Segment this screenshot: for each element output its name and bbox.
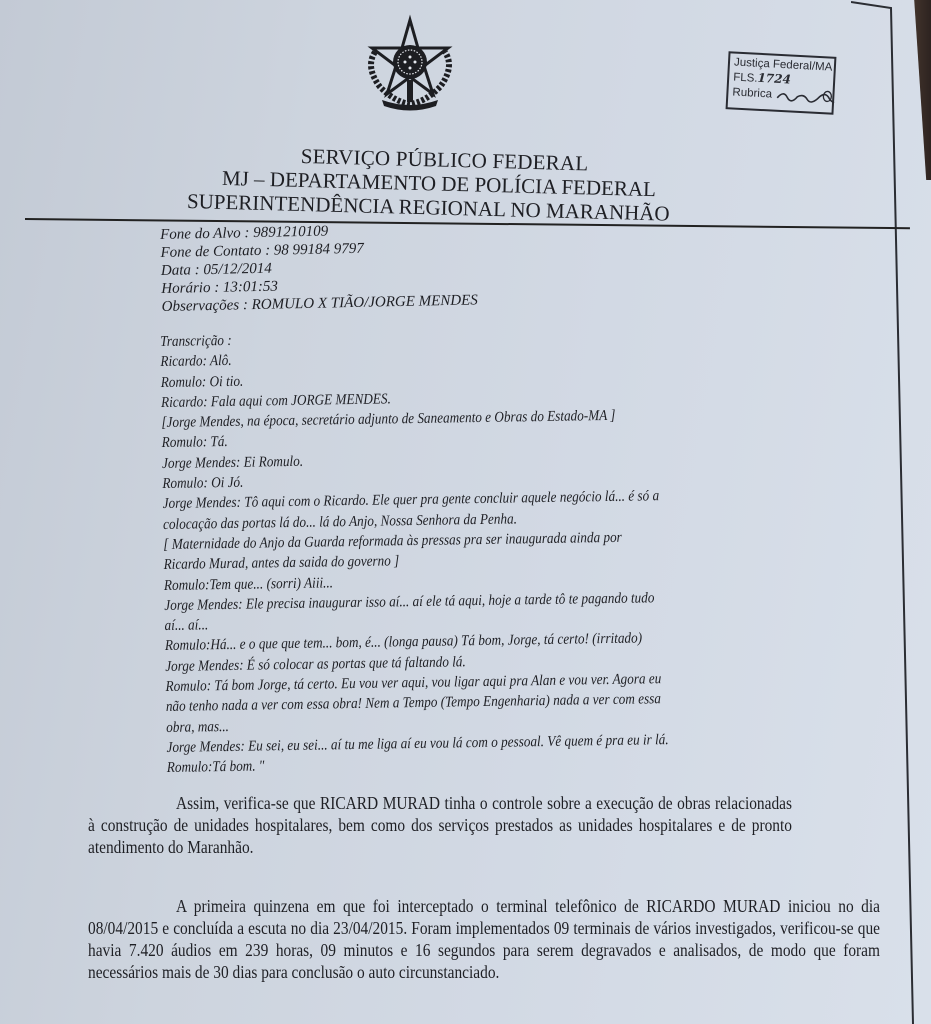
brazil-coat-of-arms-icon	[360, 12, 460, 112]
court-page-stamp: Justiça Federal/MA FLS.1724 Rubrica	[726, 51, 837, 115]
paragraph-interception-text: A primeira quinzena em que foi intercept…	[88, 896, 880, 982]
paragraph-conclusion-text: Assim, verifica-se que RICARD MURAD tinh…	[88, 793, 792, 857]
signature-icon	[775, 87, 836, 104]
stamp-page-number: 1724	[757, 71, 791, 87]
paragraph-interception: A primeira quinzena em que foi intercept…	[88, 895, 880, 983]
call-metadata: Fone do Alvo : 9891210109 Fone de Contat…	[160, 219, 478, 316]
call-transcript: Transcrição : Ricardo: Alô. Romulo: Oi t…	[160, 322, 783, 778]
page-border	[851, 0, 921, 1024]
document-page: Justiça Federal/MA FLS.1724 Rubrica SERV…	[0, 0, 931, 1024]
stamp-rubrica-label: Rubrica	[732, 86, 772, 100]
stamp-fls-label: FLS.	[733, 72, 758, 85]
document-header: SERVIÇO PÚBLICO FEDERAL MJ – DEPARTAMENT…	[148, 140, 710, 227]
paragraph-conclusion: Assim, verifica-se que RICARD MURAD tinh…	[88, 792, 792, 858]
